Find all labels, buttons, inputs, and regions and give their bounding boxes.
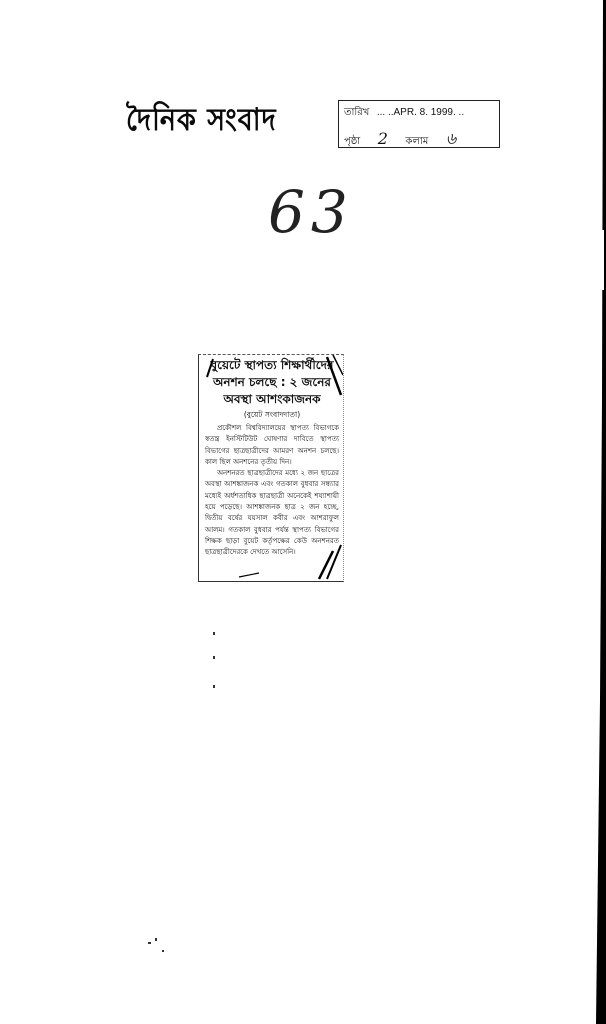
scan-speck [148, 942, 151, 944]
stamp-date-row: তারিখ ... ..APR. 8. 1999. .. [344, 105, 464, 122]
scan-speck [162, 950, 164, 952]
stamp-page-row: পৃষ্ঠা 2 কলাম ৬ [344, 126, 470, 153]
newspaper-clipping: বুয়েটে স্থাপত্য শিক্ষার্থীদের অনশন চলছে… [198, 354, 344, 582]
stamp-page-label: পৃষ্ঠা [344, 136, 360, 147]
stamp-column-label: কলাম [405, 136, 428, 147]
scan-edge-shadow [592, 0, 606, 1024]
date-page-stamp: তারিখ ... ..APR. 8. 1999. .. পৃষ্ঠা 2 কল… [338, 100, 500, 148]
stamp-date-label: তারিখ [344, 107, 369, 118]
stamp-date-value: ... ..APR. 8. 1999. .. [377, 107, 464, 118]
stamp-column-value: ৬ [446, 129, 456, 148]
newspaper-masthead: দৈনিক সংবাদ [126, 97, 277, 149]
clipping-cut-marks [199, 355, 344, 582]
scan-speck [155, 938, 157, 941]
handwritten-page-number: 63 [268, 178, 354, 246]
stamp-page-value: 2 [378, 129, 388, 148]
scan-speck [213, 685, 215, 688]
scan-speck [213, 656, 215, 659]
scan-speck [213, 632, 215, 635]
